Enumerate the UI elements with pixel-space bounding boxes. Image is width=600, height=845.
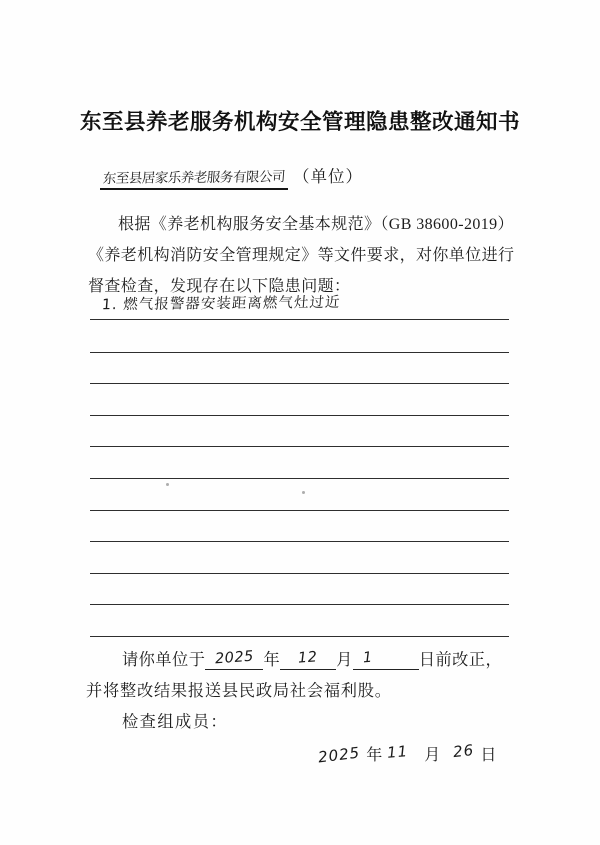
deadline-line: 请你单位于2025年12月1日前改正， — [122, 646, 502, 670]
scan-speck — [166, 483, 169, 486]
handwritten-deadline-year: 2025 — [214, 649, 254, 668]
handwritten-deadline-day: 1 — [362, 650, 373, 667]
unit-name-underline: 东至县居家乐养老服务有限公司 — [100, 166, 288, 190]
blank-ruled-line — [90, 447, 509, 479]
blank-ruled-line — [90, 321, 509, 353]
handwritten-date-day: 26 — [452, 741, 475, 761]
signature-date-line: 2025年11月26日 — [318, 742, 497, 765]
followup-line: 并将整改结果报送县民政局社会福利股。 — [86, 677, 392, 701]
handwritten-issue-text: 1. 燃气报警器安装距离燃气灶过近 — [101, 291, 341, 314]
date-year-label: 年 — [366, 747, 383, 764]
blank-ruled-line — [90, 353, 509, 385]
handwritten-deadline-month: 12 — [298, 649, 319, 666]
deadline-day-blank: 1 — [353, 650, 419, 670]
unit-label: （单位） — [293, 163, 363, 190]
deadline-prefix: 请你单位于 — [122, 651, 205, 669]
date-day-label: 日 — [480, 747, 497, 764]
blank-ruled-line — [90, 574, 509, 606]
document-title: 东至县养老服务机构安全管理隐患整改通知书 — [0, 105, 600, 136]
handwritten-unit-name: 东至县居家乐养老服务有限公司 — [102, 165, 286, 187]
deadline-month-label: 月 — [336, 651, 353, 669]
blank-ruled-line — [90, 511, 509, 543]
blank-ruled-line — [90, 542, 509, 574]
deadline-suffix: 日前改正， — [419, 651, 502, 669]
scan-speck — [302, 491, 305, 494]
deadline-month-blank: 12 — [280, 650, 336, 670]
blank-ruled-line — [90, 384, 509, 416]
inspector-label: 检查组成员： — [122, 708, 228, 732]
blank-ruled-lines — [90, 321, 509, 637]
deadline-year-blank: 2025 — [205, 650, 263, 670]
blank-ruled-line — [90, 479, 509, 511]
intro-line-1: 根据《养老机构服务安全基本规范》（GB 38600-2019） — [88, 209, 522, 240]
handwritten-date-year: 2025 — [317, 743, 361, 766]
intro-line-2: 《养老机构消防安全管理规定》等文件要求，对你单位进行 — [88, 240, 522, 271]
date-month-label: 月 — [424, 747, 441, 764]
blank-ruled-line — [90, 416, 509, 448]
issue-ruled-line: 1. 燃气报警器安装距离燃气灶过近 — [90, 292, 509, 320]
blank-ruled-line — [90, 605, 509, 637]
deadline-year-label: 年 — [263, 651, 280, 669]
handwritten-date-month: 11 — [386, 742, 409, 762]
intro-paragraph: 根据《养老机构服务安全基本规范》（GB 38600-2019） 《养老机构消防安… — [88, 209, 522, 302]
scanned-notice-page: 东至县养老服务机构安全管理隐患整改通知书 东至县居家乐养老服务有限公司（单位） … — [0, 0, 600, 845]
unit-line: 东至县居家乐养老服务有限公司（单位） — [100, 163, 363, 190]
